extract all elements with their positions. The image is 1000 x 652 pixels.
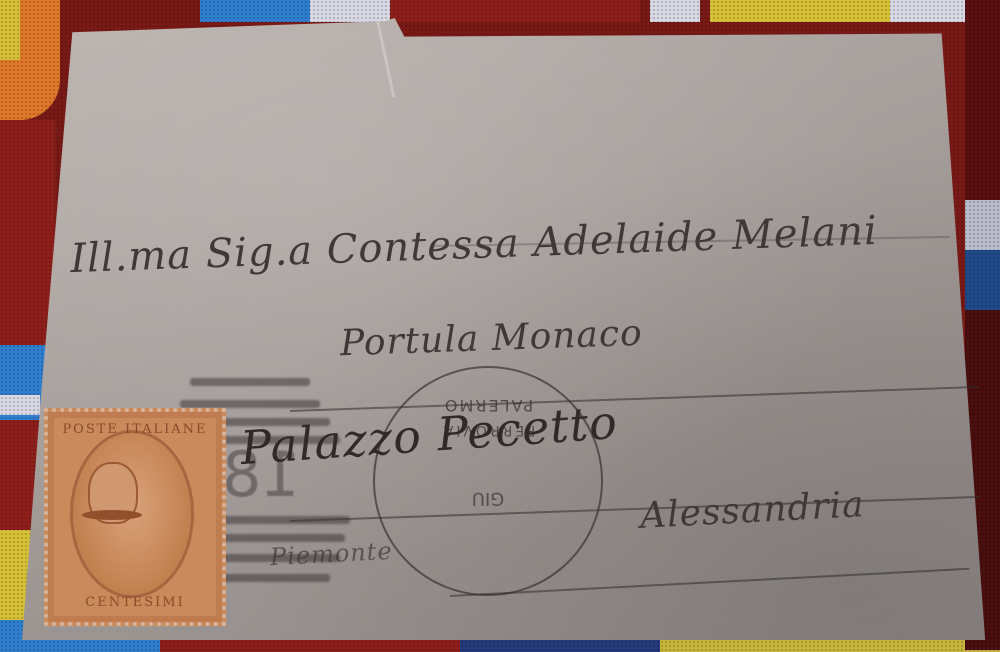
stamp-bottom-text: CENTESIMI: [48, 595, 222, 610]
postmark-date: GIU: [375, 488, 601, 509]
stamp-portrait-mustache: [82, 510, 142, 520]
postage-stamp: POSTE ITALIANE CENTESIMI: [44, 408, 226, 626]
stamp-top-text: POSTE ITALIANE: [48, 422, 222, 437]
